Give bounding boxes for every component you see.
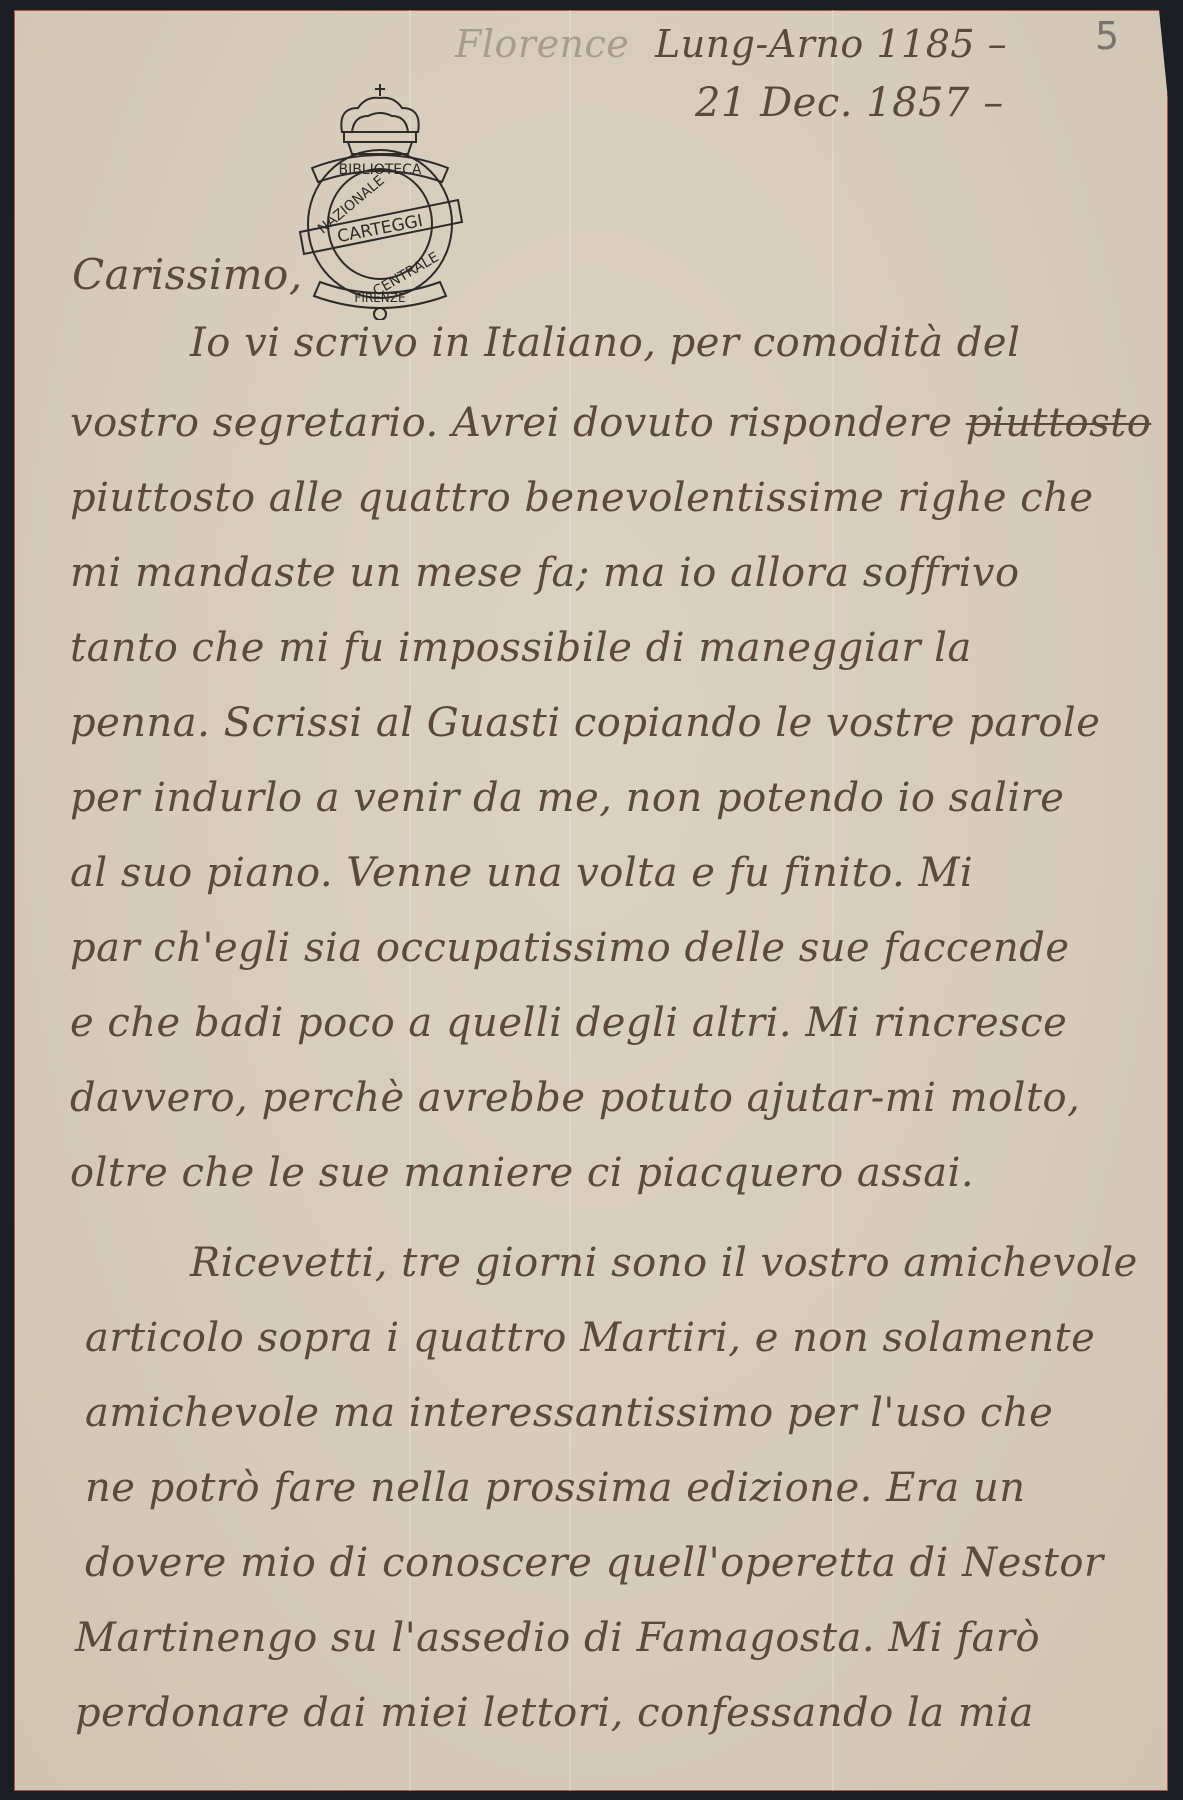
svg-text:BIBLIOTECA: BIBLIOTECA — [338, 162, 421, 178]
fold-crease — [569, 10, 571, 1791]
letter-line: piuttosto alle quattro benevolentissime … — [70, 475, 1094, 521]
library-stamp: BIBLIOTECA NAZIONALE CARTEGGI CENTRALE F… — [292, 82, 468, 320]
letter-line: dovere mio di conoscere quell'operetta d… — [85, 1540, 1104, 1586]
letter-line: Martinengo su l'assedio di Famagosta. Mi… — [75, 1615, 1040, 1661]
letter-line: par ch'egli sia occupatissimo delle sue … — [70, 925, 1070, 971]
letter-line: davvero, perchè avrebbe potuto ajutar-mi… — [70, 1075, 1080, 1121]
page-number: 5 — [1095, 14, 1120, 58]
letter-line: e che badi poco a quelli degli altri. Mi… — [70, 1000, 1067, 1046]
header-date: 21 Dec. 1857 – — [695, 80, 1004, 126]
letter-line: al suo piano. Venne una volta e fu finit… — [70, 850, 973, 896]
letter-line: Ricevetti, tre giorni sono il vostro ami… — [190, 1240, 1138, 1286]
letter-line: ne potrò fare nella prossima edizione. E… — [85, 1465, 1026, 1511]
letter-line: tanto che mi fu impossibile di maneggiar… — [70, 625, 972, 671]
letter-line: mi mandaste un mese fa; ma io allora sof… — [70, 550, 1020, 596]
letter-line: amichevole ma interessantissimo per l'us… — [85, 1390, 1053, 1436]
letter-line: per indurlo a venir da me, non potendo i… — [70, 775, 1064, 821]
header-place: Florence — [455, 22, 629, 66]
header-address: Lung-Arno 1185 – — [655, 22, 1007, 66]
fold-crease — [832, 10, 834, 1791]
letter-line: articolo sopra i quattro Martiri, e non … — [85, 1315, 1095, 1361]
letter-line: oltre che le sue maniere ci piacquero as… — [70, 1150, 974, 1196]
svg-text:FIRENZE: FIRENZE — [354, 291, 405, 305]
salutation: Carissimo, — [72, 250, 303, 299]
letter-line: Io vi scrivo in Italiano, per comodità d… — [190, 320, 1020, 366]
library-crown-seal-icon: BIBLIOTECA NAZIONALE CARTEGGI CENTRALE F… — [292, 82, 468, 320]
struck-word: piuttosto — [966, 400, 1152, 446]
letter-line: penna. Scrissi al Guasti copiando le vos… — [70, 700, 1100, 746]
letter-line: vostro segretario. Avrei dovuto risponde… — [70, 400, 1151, 446]
letter-line: perdonare dai miei lettori, confessando … — [75, 1690, 1034, 1736]
